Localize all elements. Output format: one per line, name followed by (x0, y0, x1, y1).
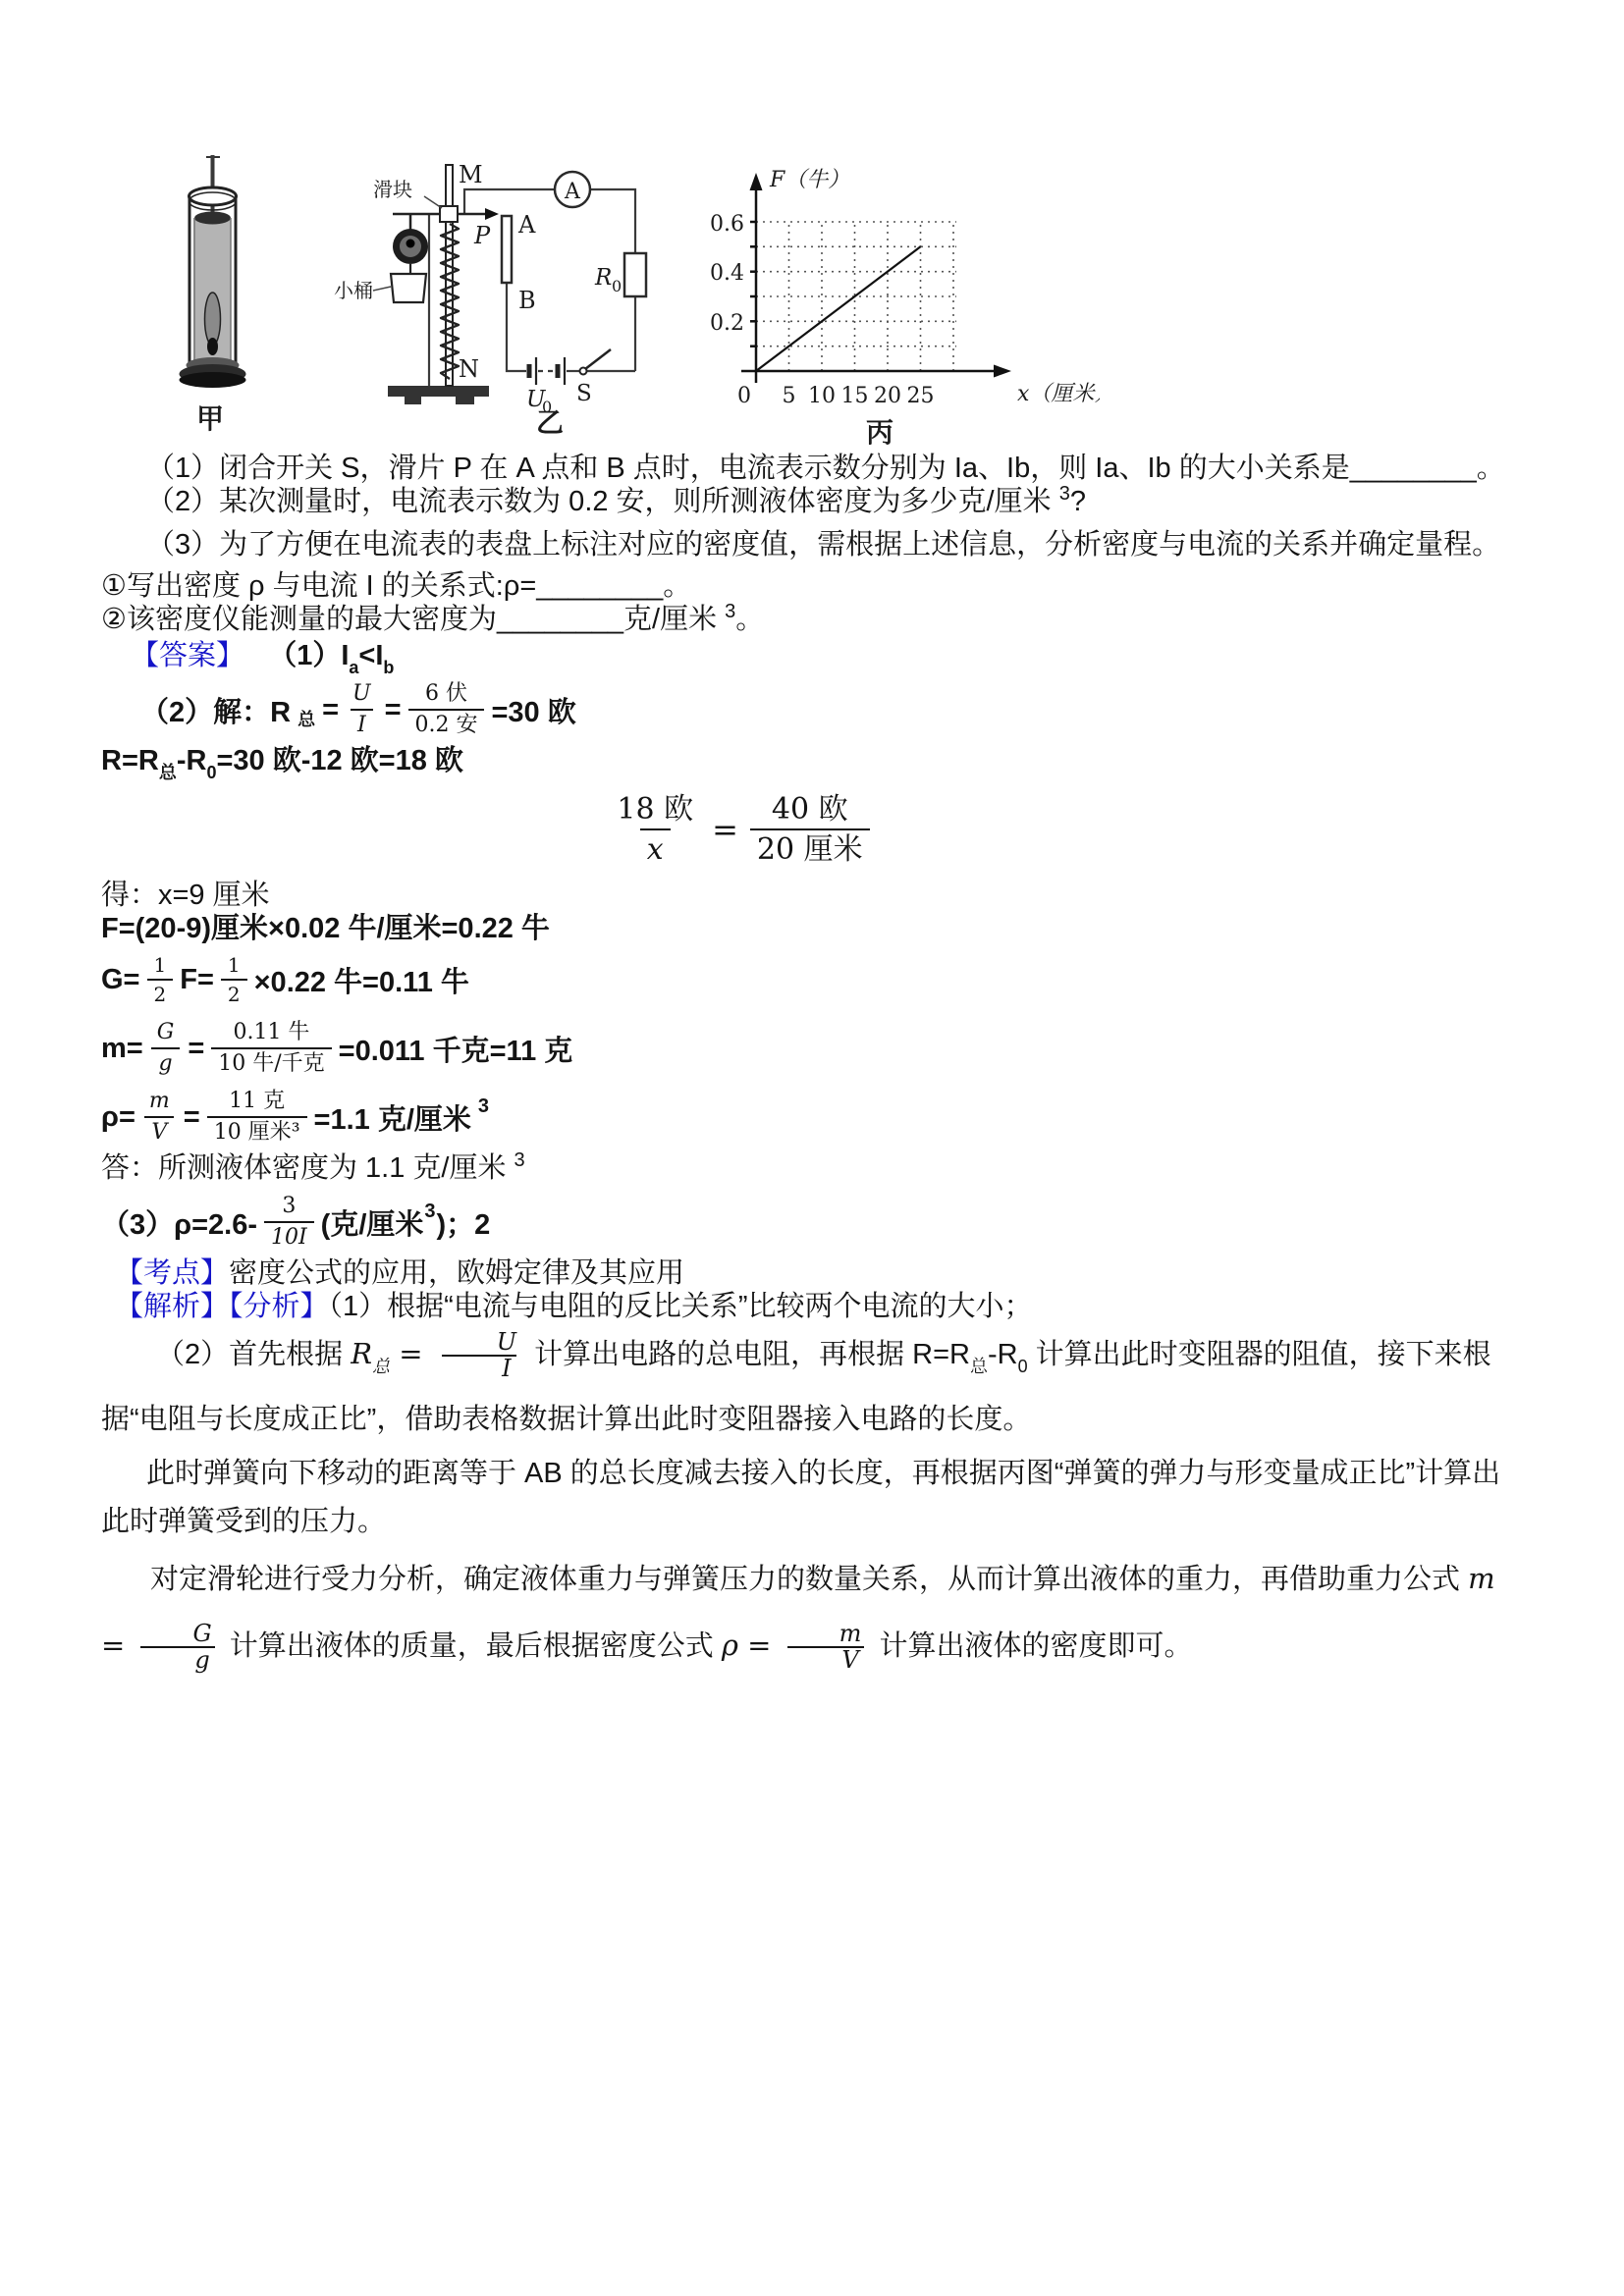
numerator: 1 (221, 954, 247, 979)
figure-bing-chart: F（牛） x（厘米） 0.6 0.4 0.2 0 5 10 15 20 25 丙 (687, 116, 1100, 452)
text-run: 答：所测液体密度为 1.1 克/厘米 (101, 1152, 514, 1184)
fraction-011n: 0.11 牛10 牛/千克 (211, 1021, 331, 1076)
subscript-zong: 总 (372, 1357, 390, 1377)
numerator: 0.11 牛 (226, 1021, 316, 1047)
text-run: -R (988, 1339, 1018, 1370)
fraction-half: 12 (221, 954, 247, 1005)
label-n: N (459, 355, 479, 383)
numerator: 18 欧 (610, 793, 700, 828)
equals: = (188, 1033, 204, 1065)
analysis-para-2: （2）首先根据 R总 = UI 计算出电路的总电阻，再根据 R=R总-R0 计算… (101, 1323, 1526, 1450)
resistor-r0: R 0 (594, 253, 646, 296)
result: =30 欧 (491, 690, 575, 730)
sub-question-2-end: 。 (735, 604, 764, 635)
data-line (756, 246, 921, 371)
ammeter: A (555, 172, 590, 207)
math-r: R (351, 1337, 372, 1370)
answer-step-f: F=(20-9)厘米×0.02 牛/厘米=0.22 牛 (101, 912, 1526, 945)
numerator: U (346, 682, 378, 709)
equals: = (712, 811, 738, 848)
fraction-m-over-v: mV (785, 1622, 867, 1673)
numerator: G (139, 1622, 217, 1646)
text-run: 对定滑轮进行受力分析，确定液体重力与弹簧压力的数量关系，从而计算出液体的重力，再… (150, 1564, 1468, 1595)
fraction-u-over-i: UI (437, 1330, 521, 1381)
subscript-0: 0 (1018, 1357, 1028, 1376)
x-tick-5: 5 (783, 384, 796, 408)
switch-label: S (576, 381, 592, 406)
analysis-line-1: 【解析】【分析】（1）根据“电流与电阻的反比关系”比较两个电流的大小； (101, 1290, 1526, 1323)
label-b: B (518, 287, 536, 314)
y-axis-label: F（牛） (769, 168, 849, 192)
superscript-3: 3 (1059, 483, 1070, 505)
denominator: I (442, 1355, 515, 1381)
superscript-3: 3 (424, 1201, 435, 1223)
equals: = (322, 694, 339, 726)
numerator: 11 克 (222, 1090, 292, 1116)
key-points-label: 【考点】 (115, 1257, 229, 1289)
fraction-11g: 11 克10 厘米³ (207, 1090, 307, 1145)
pulley (393, 214, 428, 274)
label-p: P (473, 222, 491, 249)
answer-proportion-equation: 18 欧x = 40 欧20 厘米 (101, 780, 1526, 879)
subscript-zong: 总 (298, 706, 315, 731)
x-tick-25: 25 (907, 384, 935, 408)
text-run: R=R (101, 745, 159, 776)
figure-jia-cylinder: 甲 (147, 98, 329, 442)
denominator: x (640, 828, 671, 866)
math-m: m (1468, 1562, 1495, 1595)
x-tick-10: 10 (808, 384, 836, 408)
result: =0.011 千克=11 克 (339, 1029, 573, 1069)
text-run: m= (101, 1033, 143, 1065)
y-axis-arrow (750, 173, 763, 190)
question-2: （2）某次测量时，电流表示数为 0.2 安，则所测液体密度为多少克/厘米 3? (101, 485, 1526, 521)
resistor-ab (502, 216, 512, 283)
fraction-u-over-i: UI (346, 682, 378, 737)
x-axis-label: x（厘米） (1017, 382, 1100, 406)
answer-step-rtotal: （2）解：R总= UI = 6 伏0.2 安 =30 欧 (101, 675, 1526, 744)
x-tick-15: 15 (841, 384, 869, 408)
question-1: （1）闭合开关 S，滑片 P 在 A 点和 B 点时，电流表示数分别为 Ia、I… (101, 452, 1526, 485)
fraction-6v-over-02a: 6 伏0.2 安 (408, 682, 485, 737)
result: =30 欧-12 欧=18 欧 (216, 745, 462, 776)
label-a: A (517, 211, 536, 239)
superscript-3: 3 (478, 1095, 489, 1118)
denominator: I (351, 709, 373, 737)
sub-question-1: ①写出密度 ρ 与电流 I 的关系式:ρ=________。 (101, 569, 1526, 603)
denominator: 2 (221, 979, 247, 1005)
subscript-b: b (383, 658, 394, 677)
answer-step-rho: ρ= mV = 11 克10 厘米³ =1.1 克/厘米 3 (101, 1083, 1526, 1151)
x-tick-0: 0 (737, 384, 751, 408)
answer-step-r: R=R总-R0=30 欧-12 欧=18 欧 (101, 744, 1526, 780)
equals: = (101, 1629, 135, 1662)
superscript-3: 3 (725, 601, 735, 622)
equals: = (390, 1337, 432, 1370)
question-2-text: （2）某次测量时，电流表示数为 0.2 安，则所测液体密度为多少克/厘米 (146, 486, 1059, 517)
math-rho: ρ (722, 1629, 738, 1662)
text-run: 计算出液体的密度即可。 (871, 1630, 1192, 1662)
denominator: 10 牛/千克 (211, 1047, 331, 1076)
numerator: 1 (147, 954, 174, 979)
text-run: 计算出液体的质量，最后根据密度公式 (222, 1630, 722, 1662)
answer-step-m: m= Gg = 0.11 牛10 牛/千克 =0.011 千克=11 克 (101, 1014, 1526, 1083)
sub-question-2: ②该密度仪能测量的最大密度为________克/厘米 3。 (101, 603, 1526, 639)
denominator: g (140, 1646, 214, 1673)
text-run: F= (180, 964, 214, 996)
text-run: ρ= (101, 1101, 135, 1134)
ammeter-label: A (564, 180, 581, 204)
key-points-text: 密度公式的应用，欧姆定律及其应用 (229, 1257, 684, 1289)
equals: = (385, 694, 402, 726)
answer-1-mid: <I (358, 640, 383, 671)
figure-caption-bing: 丙 (866, 417, 893, 448)
r0-label: R (594, 265, 612, 291)
subscript-0: 0 (206, 763, 216, 782)
answer-line-1: 【答案】 （1）Ia<Ib (101, 639, 1526, 675)
denominator: 10I (264, 1221, 314, 1250)
fraction-g-over-g: Gg (150, 1021, 182, 1076)
fraction-40ohm-over-20cm: 40 欧20 厘米 (750, 793, 870, 866)
fraction-m-over-v: mV (142, 1090, 177, 1145)
answer-step-g: G= 12 F= 12 ×0.22 牛=0.11 牛 (101, 945, 1526, 1014)
text-run: （3）ρ=2.6- (101, 1202, 257, 1243)
sub-question-2-text: ②该密度仪能测量的最大密度为________克/厘米 (101, 604, 725, 635)
subscript-a: a (349, 658, 358, 677)
analysis-para-4: 对定滑轮进行受力分析，确定液体重力与弹簧压力的数量关系，从而计算出液体的重力，再… (101, 1546, 1526, 1680)
numerator: 40 欧 (765, 793, 855, 828)
x-axis-arrow (994, 365, 1011, 378)
text-run: （2）解：R (140, 690, 291, 730)
subscript-zong: 总 (970, 1357, 988, 1376)
answer-label: 【答案】 (131, 640, 244, 671)
y-tick-0.6: 0.6 (710, 212, 744, 237)
numerator: m (142, 1090, 177, 1116)
r0-sub: 0 (612, 277, 622, 295)
superscript-3: 3 (514, 1149, 525, 1171)
numerator: 6 伏 (418, 682, 474, 709)
fraction-half: 12 (147, 954, 174, 1005)
denominator: V (144, 1116, 174, 1145)
denominator: g (151, 1047, 179, 1076)
text-run: (克/厘米 (321, 1202, 424, 1243)
equals: = (184, 1101, 200, 1134)
denominator: 0.2 安 (408, 709, 485, 737)
text-run: -R (177, 745, 207, 776)
cylinder-base (180, 357, 246, 388)
fraction-18ohm-over-x: 18 欧x (610, 793, 700, 866)
spacer (244, 640, 268, 671)
slider-label: 滑块 (373, 178, 412, 201)
answer-1-pre: （1）I (268, 640, 349, 671)
y-tick-0.2: 0.2 (710, 311, 744, 336)
text-run: )；2 (437, 1202, 491, 1243)
numerator: m (785, 1622, 867, 1646)
document-body: （1）闭合开关 S，滑片 P 在 A 点和 B 点时，电流表示数分别为 Ia、I… (0, 452, 1624, 1680)
equals: = (738, 1629, 781, 1662)
fraction-3-over-10i: 310I (264, 1195, 314, 1250)
denominator: V (787, 1646, 863, 1673)
numerator: U (437, 1330, 521, 1355)
x-tick-20: 20 (874, 384, 901, 408)
bucket (373, 274, 426, 302)
key-points-line: 【考点】密度公式的应用，欧姆定律及其应用 (101, 1256, 1526, 1290)
switch: S (576, 349, 611, 406)
question-3: （3）为了方便在电流表的表盘上标注对应的密度值，需根据上述信息，分析密度与电流的… (101, 521, 1526, 569)
bucket-label: 小桶 (334, 279, 373, 302)
y-tick-0.4: 0.4 (710, 261, 744, 286)
analysis-para-3: 此时弹簧向下移动的距离等于 AB 的总长度减去接入的长度，再根据丙图“弹簧的弹力… (101, 1450, 1526, 1546)
answer-conclusion: 答：所测液体密度为 1.1 克/厘米 3 (101, 1151, 1526, 1188)
numerator: G (150, 1021, 182, 1047)
fraction-g-over-g: Gg (139, 1622, 217, 1673)
label-m: M (459, 161, 483, 188)
answer-step-x: 得：x=9 厘米 (101, 879, 1526, 912)
figure-caption-yi: 乙 (536, 407, 564, 438)
figure-strip: 甲 A R 0 (0, 0, 1624, 452)
result: ×0.22 牛=0.11 牛 (254, 960, 469, 1000)
subscript-zong: 总 (159, 763, 177, 782)
analysis-1-text: （1）根据“电流与电阻的反比关系”比较两个电流的大小； (329, 1291, 1033, 1322)
spring (441, 224, 459, 379)
text-run: G= (101, 964, 140, 996)
breakdown-label: 【分析】 (229, 1291, 329, 1322)
document-page: 甲 A R 0 (0, 0, 1624, 2296)
answer-part-3: （3）ρ=2.6- 310I (克/厘米 3)；2 (101, 1188, 1526, 1256)
question-2-end: ? (1070, 486, 1086, 517)
figure-caption-jia: 甲 (196, 403, 224, 434)
denominator: 10 厘米³ (207, 1116, 307, 1145)
text-run: 计算出电路的总电阻，再根据 R=R (526, 1339, 970, 1370)
denominator: 20 厘米 (750, 828, 870, 866)
analysis-label: 【解析】 (115, 1291, 229, 1322)
figure-yi-apparatus: A R 0 U 0 S (334, 98, 658, 442)
numerator: 3 (275, 1195, 302, 1221)
text-run: （2）首先根据 (156, 1339, 351, 1370)
result: =1.1 克/厘米 (314, 1097, 471, 1138)
denominator: 2 (147, 979, 174, 1005)
